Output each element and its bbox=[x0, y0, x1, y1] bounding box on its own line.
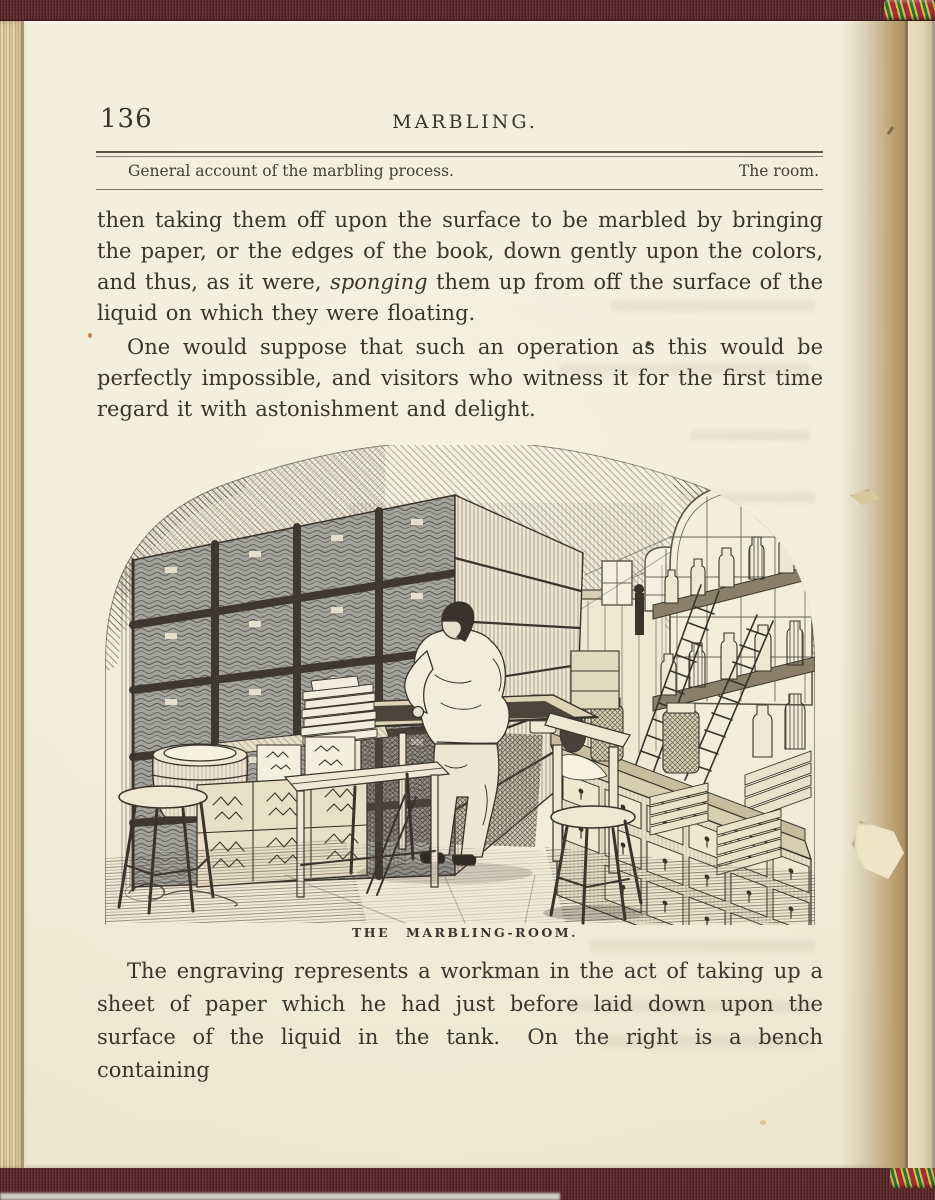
marbling-room-engraving bbox=[105, 445, 815, 925]
rule-heavy bbox=[96, 151, 823, 153]
rule-under-headers bbox=[96, 189, 823, 190]
bleedthrough-line bbox=[590, 940, 815, 952]
page-stack-left-edge bbox=[0, 21, 24, 1168]
paragraph-3: The engraving represents a workman in th… bbox=[97, 955, 823, 1087]
rule-thin bbox=[96, 156, 823, 157]
fore-edge-pages bbox=[908, 21, 932, 1168]
page-number: 136 bbox=[100, 104, 153, 134]
book-cover-top-edge bbox=[0, 0, 935, 21]
column-header-right: The room. bbox=[739, 162, 823, 180]
bleedthrough-line bbox=[690, 430, 810, 441]
paragraph-1: then taking them off upon the surface to… bbox=[97, 205, 823, 329]
foxing-speck bbox=[88, 333, 92, 338]
fore-edge-shadow bbox=[840, 21, 906, 1168]
column-headers: General account of the marbling process.… bbox=[96, 162, 823, 180]
background-strip bbox=[0, 1193, 560, 1200]
paragraph-2: One would suppose that such an operation… bbox=[97, 332, 823, 425]
running-head: MARBLING. bbox=[150, 111, 780, 133]
column-header-left: General account of the marbling process. bbox=[96, 162, 454, 180]
paragraph-1-italic-word: sponging bbox=[330, 270, 428, 294]
illustration-caption: THE MARBLING-ROOM. bbox=[150, 925, 780, 940]
foxing-speck bbox=[760, 1120, 766, 1125]
headband-top-icon bbox=[884, 0, 935, 20]
book-page-scan: 136 MARBLING. General account of the mar… bbox=[0, 0, 935, 1200]
